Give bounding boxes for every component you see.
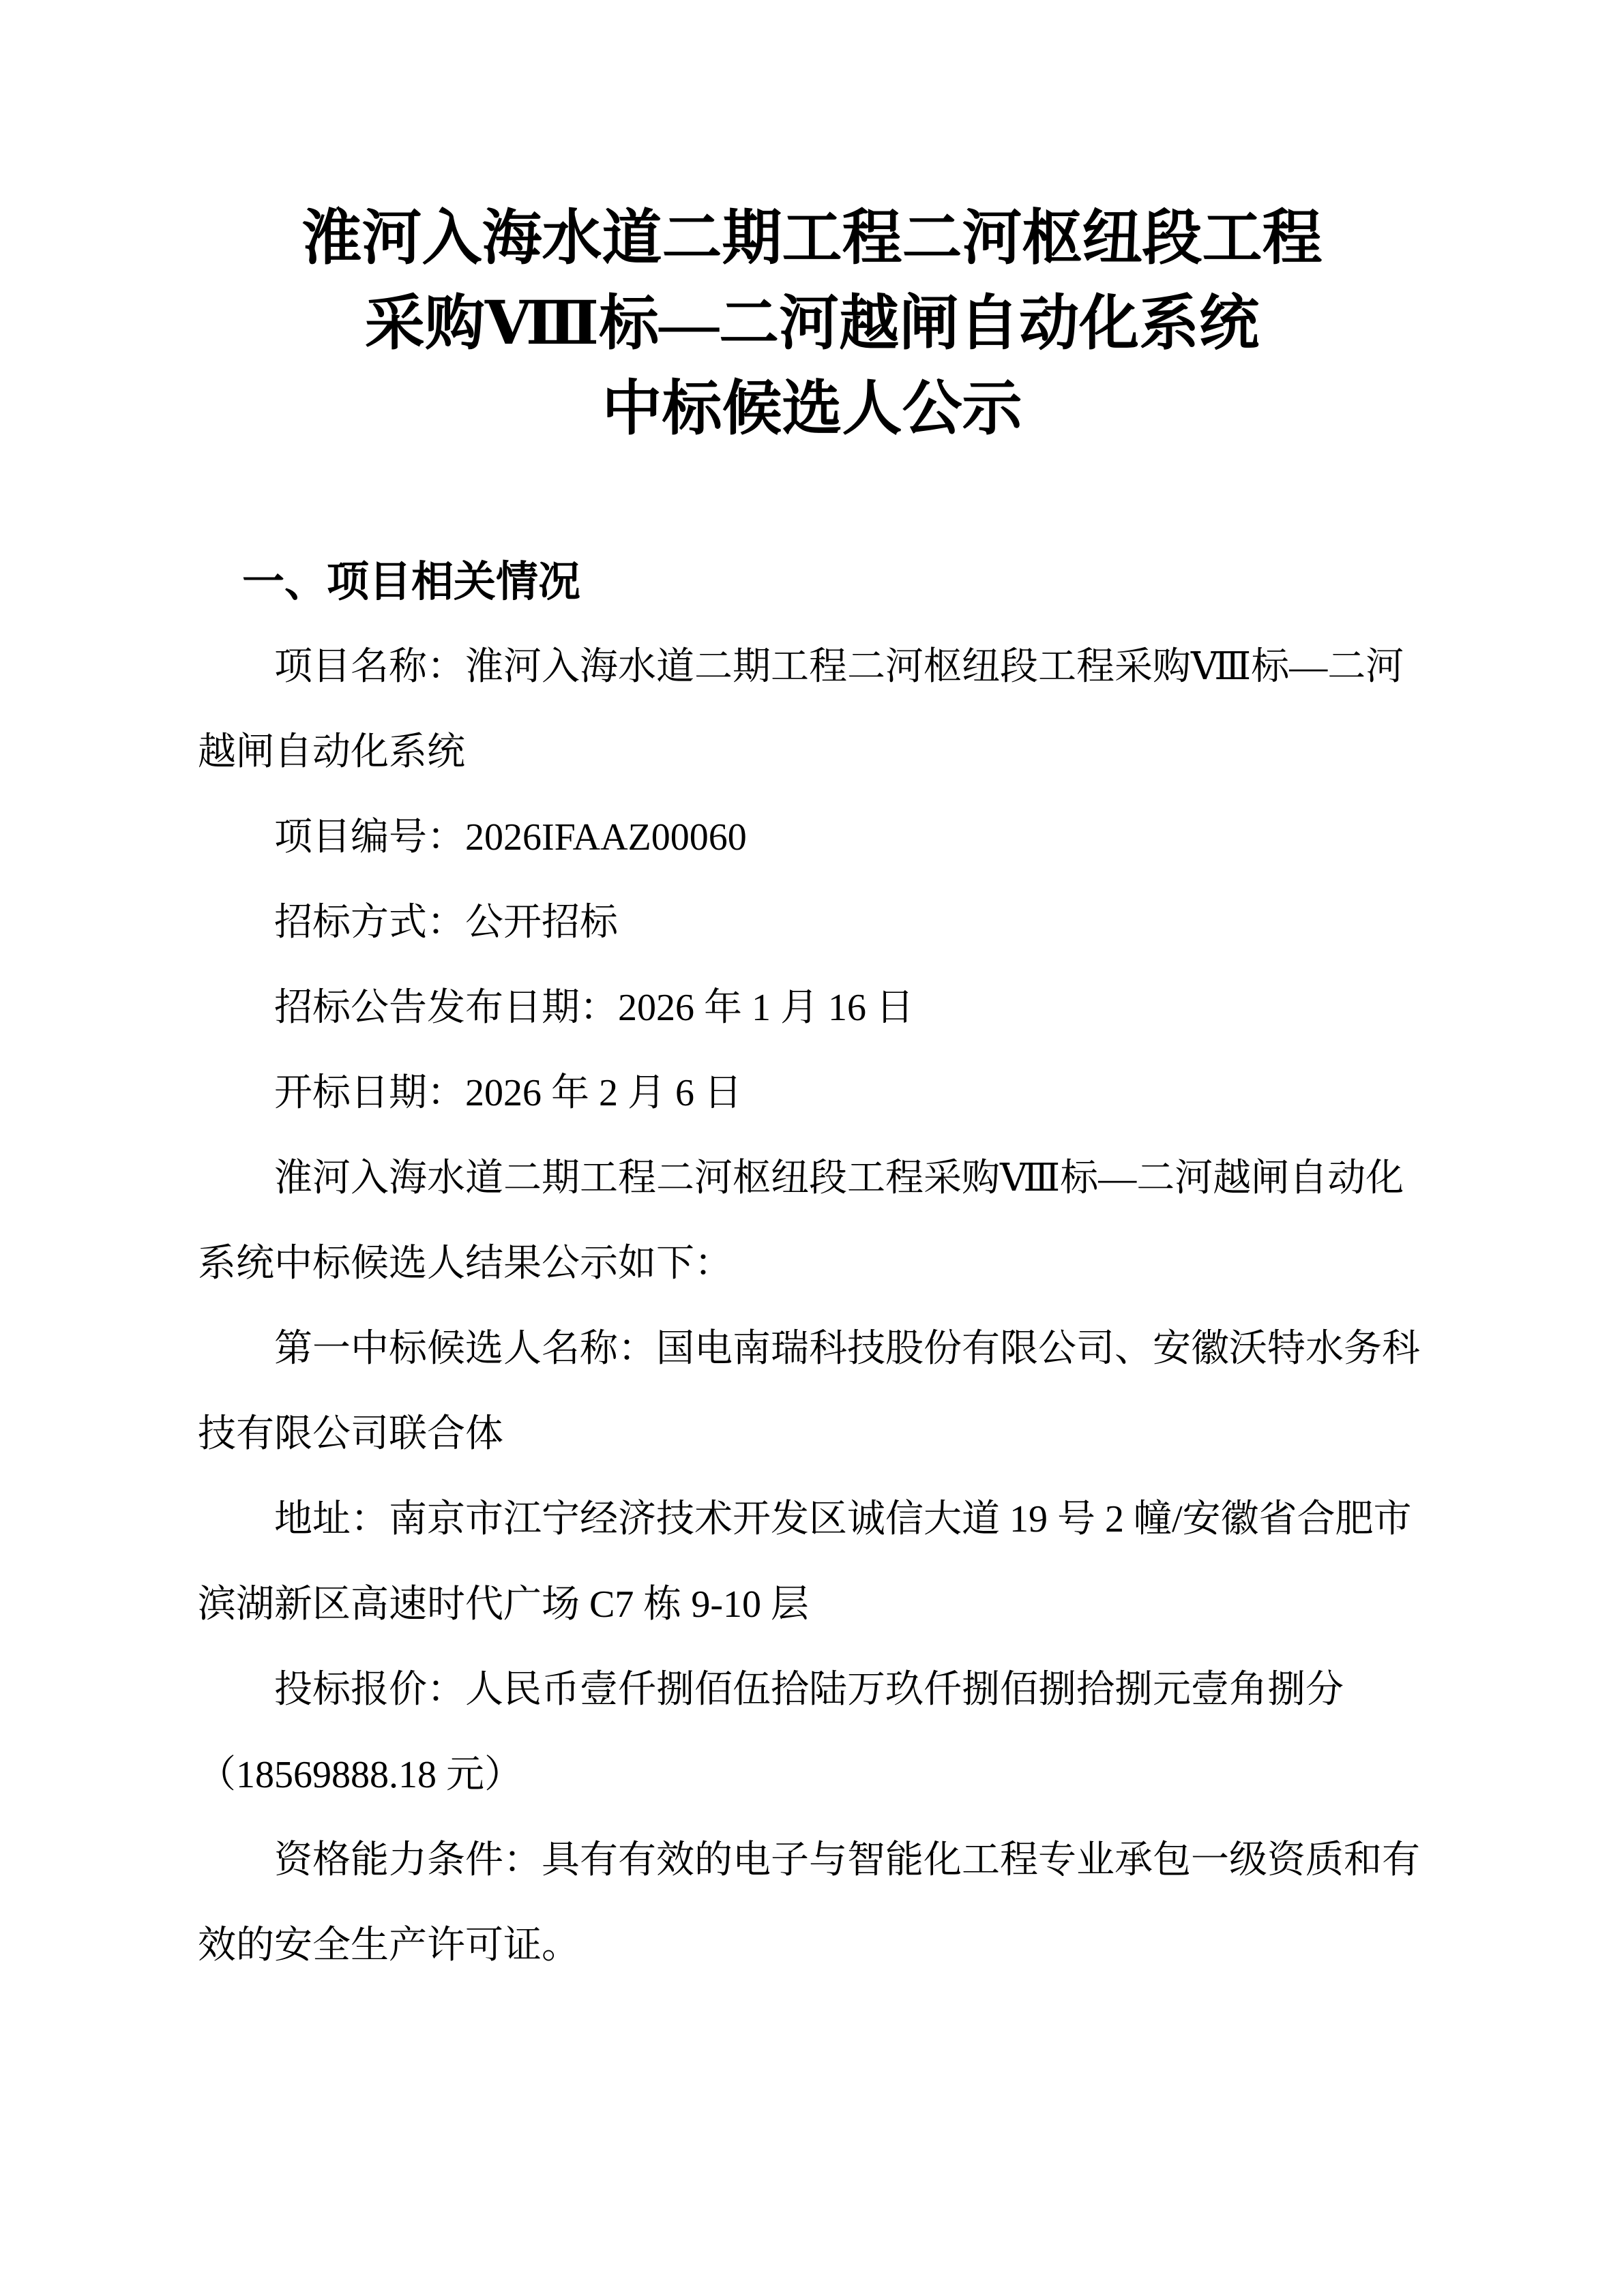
section-heading-project-info: 一、项目相关情况 bbox=[198, 539, 1426, 625]
paragraph-bid-opening-date: 开标日期：2026 年 2 月 6 日 bbox=[198, 1051, 1426, 1136]
paragraph-qualification-conditions: 资格能力条件：具有有效的电子与智能化工程专业承包一级资质和有效的安全生产许可证。 bbox=[198, 1818, 1426, 1988]
paragraph-project-number: 项目编号：2026IFAAZ00060 bbox=[198, 795, 1426, 880]
document-title: 淮河入海水道二期工程二河枢纽段工程 采购Ⅷ标—二河越闸自动化系统 中标候选人公示 bbox=[198, 196, 1426, 452]
document-page: 淮河入海水道二期工程二河枢纽段工程 采购Ⅷ标—二河越闸自动化系统 中标候选人公示… bbox=[0, 0, 1624, 2296]
title-heading-spacer bbox=[198, 452, 1426, 539]
paragraph-bid-price: 投标报价：人民币壹仟捌佰伍拾陆万玖仟捌佰捌拾捌元壹角捌分（18569888.18… bbox=[198, 1648, 1426, 1818]
paragraph-announcement-date: 招标公告发布日期：2026 年 1 月 16 日 bbox=[198, 966, 1426, 1051]
paragraph-first-candidate-name: 第一中标候选人名称：国电南瑞科技股份有限公司、安徽沃特水务科技有限公司联合体 bbox=[198, 1307, 1426, 1477]
document-title-line-1: 淮河入海水道二期工程二河枢纽段工程 bbox=[198, 196, 1426, 282]
document-title-line-2: 采购Ⅷ标—二河越闸自动化系统 bbox=[198, 282, 1426, 367]
paragraph-project-name: 项目名称：淮河入海水道二期工程二河枢纽段工程采购Ⅷ标—二河越闸自动化系统 bbox=[198, 625, 1426, 795]
paragraph-candidate-address: 地址：南京市江宁经济技术开发区诚信大道 19 号 2 幢/安徽省合肥市滨湖新区高… bbox=[198, 1477, 1426, 1648]
paragraph-bidding-method: 招标方式：公开招标 bbox=[198, 880, 1426, 966]
document-content: 淮河入海水道二期工程二河枢纽段工程 采购Ⅷ标—二河越闸自动化系统 中标候选人公示… bbox=[198, 196, 1426, 1988]
paragraph-result-intro: 淮河入海水道二期工程二河枢纽段工程采购Ⅷ标—二河越闸自动化系统中标候选人结果公示… bbox=[198, 1136, 1426, 1307]
document-title-line-3: 中标候选人公示 bbox=[198, 367, 1426, 452]
